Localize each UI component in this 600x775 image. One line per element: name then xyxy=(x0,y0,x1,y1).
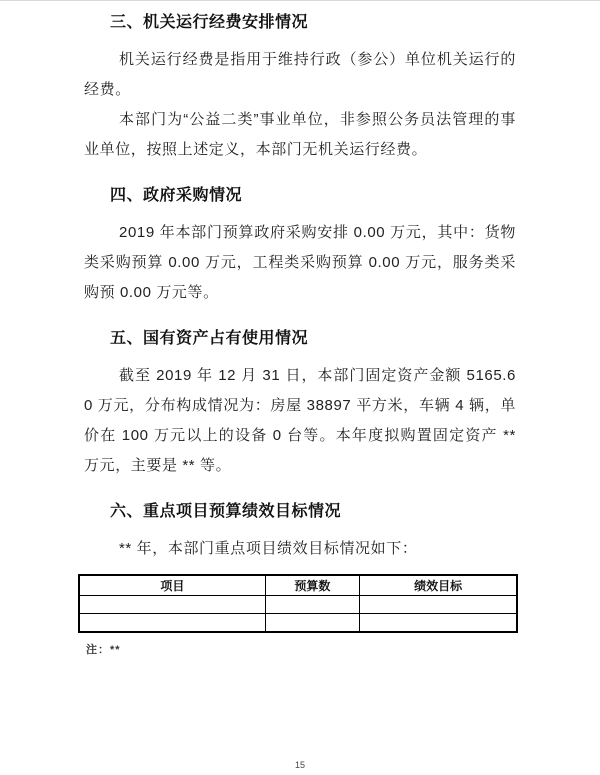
table-cell-project xyxy=(79,614,265,633)
paragraph-performance-intro: ** 年，本部门重点项目绩效目标情况如下： xyxy=(84,534,516,564)
table-header-row: 项目 预算数 绩效目标 xyxy=(79,575,517,596)
paragraph-operating-expenses-statement: 本部门为“公益二类”事业单位，非参照公务员法管理的事业单位，按照上述定义，本部门… xyxy=(84,105,516,165)
table-row xyxy=(79,614,517,633)
section-agency-operating-expenses: 三、机关运行经费安排情况 机关运行经费是指用于维持行政（参公）单位机关运行的经费… xyxy=(84,14,516,165)
section-heading-4: 四、政府采购情况 xyxy=(110,187,516,205)
section-heading-3: 三、机关运行经费安排情况 xyxy=(110,14,516,32)
table-header-performance-target: 绩效目标 xyxy=(360,575,517,596)
section-key-project-performance: 六、重点项目预算绩效目标情况 ** 年，本部门重点项目绩效目标情况如下： xyxy=(84,503,516,564)
footnote: 注：** xyxy=(86,641,516,657)
table-cell-budget xyxy=(265,614,360,633)
table-cell-target xyxy=(360,596,517,614)
paragraph-procurement-amounts: 2019 年本部门预算政府采购安排 0.00 万元，其中：货物类采购预算 0.0… xyxy=(84,218,516,308)
table-header-project: 项目 xyxy=(79,575,265,596)
table-cell-project xyxy=(79,596,265,614)
document-page: 三、机关运行经费安排情况 机关运行经费是指用于维持行政（参公）单位机关运行的经费… xyxy=(0,0,600,775)
table-row xyxy=(79,596,517,614)
table-header-budget: 预算数 xyxy=(265,575,360,596)
section-government-procurement: 四、政府采购情况 2019 年本部门预算政府采购安排 0.00 万元，其中：货物… xyxy=(84,187,516,308)
performance-target-table: 项目 预算数 绩效目标 xyxy=(78,574,518,633)
table-cell-target xyxy=(360,614,517,633)
table-cell-budget xyxy=(265,596,360,614)
paragraph-state-assets-detail: 截至 2019 年 12 月 31 日，本部门固定资产金额 5165.60 万元… xyxy=(84,361,516,481)
paragraph-operating-expenses-definition: 机关运行经费是指用于维持行政（参公）单位机关运行的经费。 xyxy=(84,45,516,105)
section-state-assets: 五、国有资产占有使用情况 截至 2019 年 12 月 31 日，本部门固定资产… xyxy=(84,330,516,481)
section-heading-5: 五、国有资产占有使用情况 xyxy=(110,330,516,348)
page-number: 15 xyxy=(0,760,600,770)
section-heading-6: 六、重点项目预算绩效目标情况 xyxy=(110,503,516,521)
